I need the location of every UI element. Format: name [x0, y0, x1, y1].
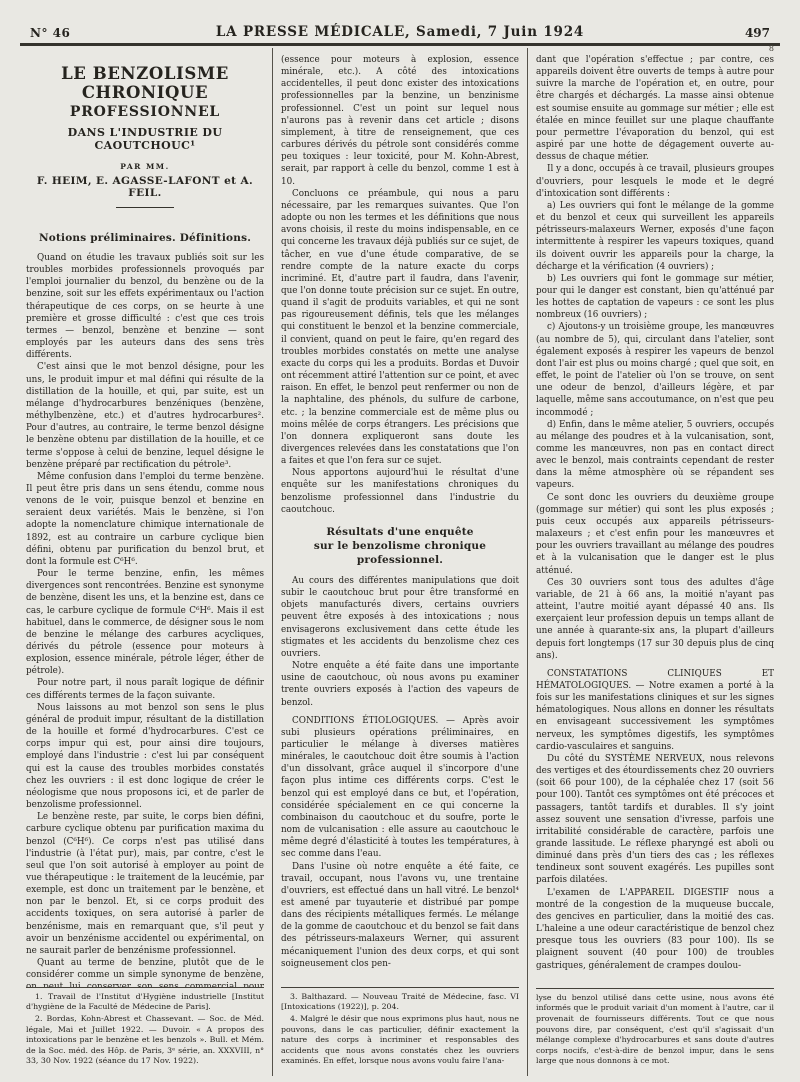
- footnote: 1. Travail de l'Institut d'Hygiène indus…: [26, 992, 264, 1013]
- footnotes-right: lyse du benzol utilisé dans cette usine,…: [536, 988, 774, 1068]
- footnote: 4. Malgré le désir que nous exprimons pl…: [281, 1014, 519, 1067]
- journal-title: LA PRESSE MÉDICALE, Samedi, 7 Juin 1924: [18, 24, 782, 40]
- paragraph: Pour notre part, il nous paraît logique …: [26, 677, 264, 701]
- journal-page: N° 46 LA PRESSE MÉDICALE, Samedi, 7 Juin…: [0, 0, 800, 1082]
- footnotes-left: 1. Travail de l'Institut d'Hygiène indus…: [26, 987, 264, 1068]
- paragraph: Ces 30 ouvriers sont tous des adultes d'…: [536, 577, 774, 662]
- paragraph: CONDITIONS ÉTIOLOGIQUES. — Après avoir s…: [281, 715, 519, 861]
- paragraph: Ce sont donc les ouvriers du deuxième gr…: [536, 492, 774, 577]
- paragraph: C'est ainsi que le mot benzol désigne, p…: [26, 361, 264, 470]
- paragraph: Du côté du SYSTÈME NERVEUX, nous relevon…: [536, 753, 774, 887]
- column-left-body: Quand on étudie les travaux publiés soit…: [26, 252, 264, 987]
- article-title-line1: LE BENZOLISME CHRONIQUE: [26, 64, 264, 102]
- paragraph: Nous laissons au mot benzol son sens le …: [26, 702, 264, 811]
- column-left: LE BENZOLISME CHRONIQUE PROFESSIONNEL DA…: [18, 48, 272, 1076]
- paragraph: (essence pour moteurs à explosion, essen…: [281, 54, 519, 188]
- column-right-body: dant que l'opération s'effectue ; par co…: [536, 54, 774, 988]
- article-head: LE BENZOLISME CHRONIQUE PROFESSIONNEL DA…: [26, 58, 264, 218]
- footnote: 3. Balthazard. — Nouveau Traité de Médec…: [281, 992, 519, 1013]
- paragraph: d) Enfin, dans le même atelier, 5 ouvrie…: [536, 419, 774, 492]
- article-title-line3: DANS L'INDUSTRIE DU CAOUTCHOUC¹: [26, 126, 264, 152]
- paragraph: a) Les ouvriers qui font le mélange de l…: [536, 200, 774, 273]
- paragraph: L'examen de L'APPAREIL DIGESTIF nous a m…: [536, 887, 774, 972]
- paragraph: Il y a donc, occupés à ce travail, plusi…: [536, 163, 774, 199]
- paragraph: Pour le terme benzine, enfin, les mêmes …: [26, 568, 264, 677]
- section-heading: Résultats d'une enquête sur le benzolism…: [281, 525, 519, 567]
- article-authors: F. HEIM, E. AGASSE-LAFONT et A. FEIL.: [26, 175, 264, 199]
- section-heading: Notions préliminaires. Définitions.: [26, 232, 264, 244]
- paragraph: Concluons ce préambule, qui nous a paru …: [281, 188, 519, 468]
- paragraph: dant que l'opération s'effectue ; par co…: [536, 54, 774, 163]
- paragraph: Au cours des différentes manipulations q…: [281, 575, 519, 660]
- paragraph: Même confusion dans l'emploi du terme be…: [26, 471, 264, 568]
- column-middle: (essence pour moteurs à explosion, essen…: [272, 48, 528, 1076]
- header-rule: [20, 43, 780, 46]
- page-header: N° 46 LA PRESSE MÉDICALE, Samedi, 7 Juin…: [18, 0, 782, 43]
- paragraph: Notre enquête a été faite dans une impor…: [281, 660, 519, 709]
- footnotes-middle: 3. Balthazard. — Nouveau Traité de Médec…: [281, 987, 519, 1068]
- column-right: dant que l'opération s'effectue ; par co…: [528, 48, 782, 1076]
- footnote: 2. Bordas, Kohn-Abrest et Chassevant. — …: [26, 1014, 264, 1067]
- column-layout: LE BENZOLISME CHRONIQUE PROFESSIONNEL DA…: [18, 48, 782, 1076]
- paragraph: Quand on étudie les travaux publiés soit…: [26, 252, 264, 361]
- paragraph: Dans l'usine où notre enquête a été fait…: [281, 861, 519, 970]
- paragraph: b) Les ouvriers qui font le gommage sur …: [536, 273, 774, 322]
- paragraph: Le benzène reste, par suite, le corps bi…: [26, 811, 264, 957]
- article-title-line2: PROFESSIONNEL: [26, 104, 264, 120]
- column-middle-body: (essence pour moteurs à explosion, essen…: [281, 54, 519, 987]
- paragraph: c) Ajoutons-y un troisième groupe, les m…: [536, 321, 774, 418]
- footnote: lyse du benzol utilisé dans cette usine,…: [536, 993, 774, 1067]
- paragraph: CONSTATATIONS CLINIQUES ET HÉMATOLOGIQUE…: [536, 668, 774, 753]
- printer-signature-mark: 8: [769, 44, 774, 53]
- paragraph: Nous apportons aujourd'hui le résultat d…: [281, 467, 519, 516]
- paragraph: Quant au terme de benzine, plutôt que de…: [26, 957, 264, 987]
- title-divider-rule: [116, 207, 174, 208]
- byline-intro: PAR MM.: [26, 162, 264, 171]
